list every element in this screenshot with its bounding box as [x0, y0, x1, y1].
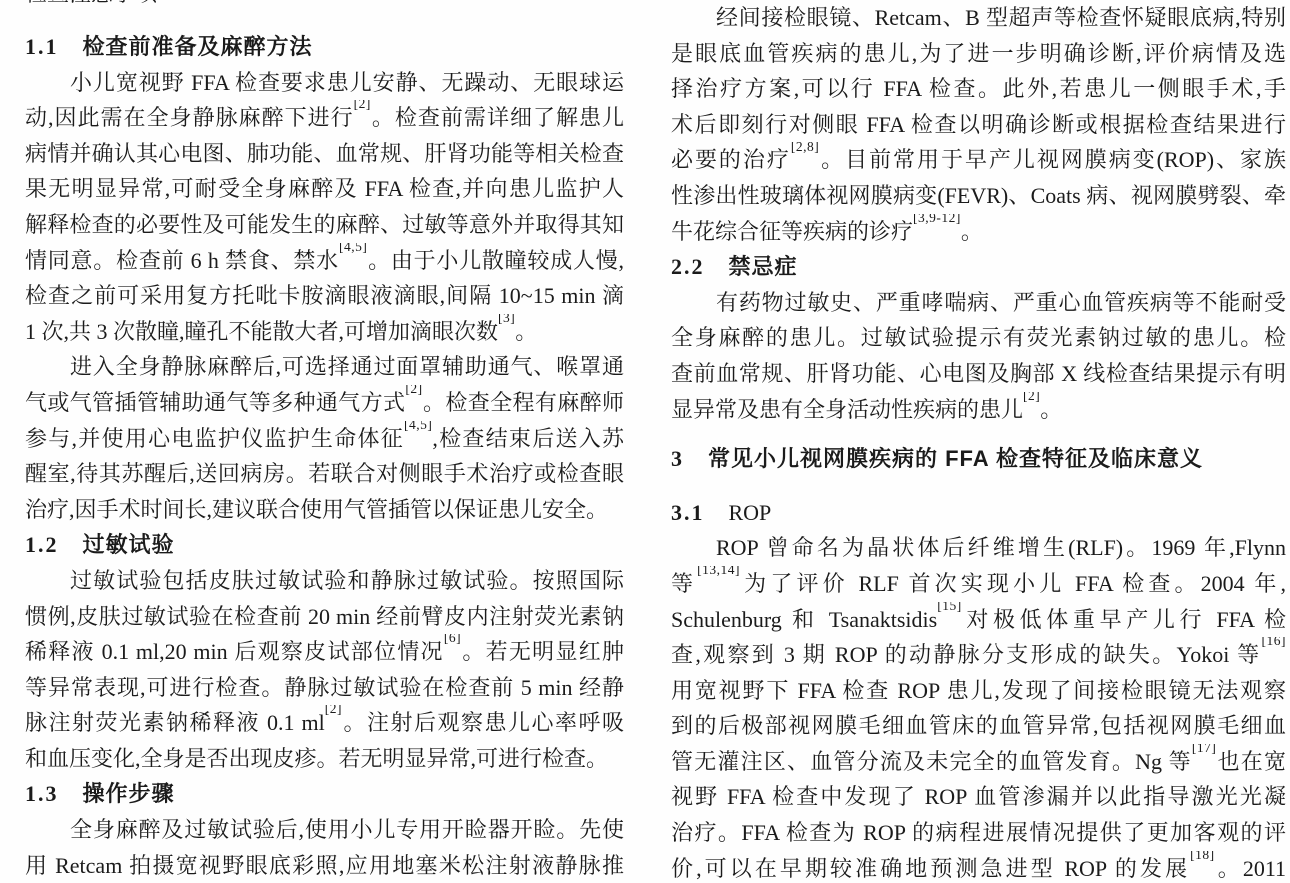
- subsection-heading: 3.1ROP: [671, 495, 1286, 531]
- text-line: 惯例,皮肤过敏试验在检查前 20 min 经前臂皮内注射荧光素钠: [25, 599, 624, 635]
- text-line: 脉注射荧光素钠稀释液 0.1 ml[2]。注射后观察患儿心率呼吸: [25, 705, 624, 741]
- citation-superscript: [18]: [1190, 851, 1215, 862]
- citation-superscript: [3,9-12]: [913, 214, 961, 225]
- text-line: 过敏试验包括皮肤过敏试验和静脉过敏试验。按照国际: [25, 563, 624, 599]
- text-line: 检查之前可采用复方托吡卡胺滴眼液滴眼,间隔 10~15 min 滴: [25, 278, 624, 314]
- text-line: 情同意。检查前 6 h 禁食、禁水[4,5]。由于小儿散瞳较成人慢,: [25, 243, 624, 279]
- paragraph: 过敏试验包括皮肤过敏试验和静脉过敏试验。按照国际惯例,皮肤过敏试验在检查前 20…: [25, 563, 624, 777]
- paragraph: 有药物过敏史、严重哮喘病、严重心血管疾病等不能耐受全身麻醉的患儿。过敏试验提示有…: [671, 285, 1286, 427]
- text-line: 醒室,待其苏醒后,送回病房。若联合对侧眼手术治疗或检查眼: [25, 456, 624, 492]
- text-line: 小儿宽视野 FFA 检查要求患儿安静、无躁动、无眼球运: [25, 65, 624, 101]
- subsection-heading: 1.1检查前准备及麻醉方法: [25, 29, 624, 65]
- text-line: 稀释液 0.1 ml,20 min 后观察皮试部位情况[6]。若无明显红肿: [25, 634, 624, 670]
- text-line: 全身麻醉及过敏试验后,使用小儿专用开睑器开睑。先使: [25, 812, 624, 848]
- text-line: 显异常及患有全身活动性疾病的患儿[2]。: [671, 392, 1286, 428]
- text-line: 查前血常规、肝肾功能、心电图及胸部 X 线检查结果提示有明: [671, 356, 1286, 392]
- citation-superscript: [2]: [325, 705, 342, 716]
- text-line: 果无明显异常,可耐受全身麻醉及 FFA 检查,并向患儿监护人: [25, 171, 624, 207]
- heading-number: 3: [671, 446, 684, 471]
- clipped-text: 检查注意事项: [25, 0, 624, 7]
- citation-superscript: [6]: [444, 634, 461, 645]
- text-line: 必要的治疗[2,8]。目前常用于早产儿视网膜病变(ROP)、家族: [671, 142, 1286, 178]
- section-heading: 3常见小儿视网膜疾病的 FFA 检查特征及临床意义: [671, 441, 1286, 477]
- text-line: 是眼底血管疾病的患儿,为了进一步明确诊断,评价病情及选: [671, 36, 1286, 72]
- citation-superscript: [3]: [498, 314, 515, 325]
- citation-superscript: [2]: [405, 385, 422, 396]
- left-column: 检查注意事项1.1检查前准备及麻醉方法小儿宽视野 FFA 检查要求患儿安静、无躁…: [25, 0, 624, 883]
- text-line: 到的后极部视网膜毛细血管床的血管异常,包括视网膜毛细血: [671, 708, 1286, 744]
- text-line: 用 Retcam 拍摄宽视野眼底彩照,应用地塞米松注射液静脉推: [25, 848, 624, 883]
- paragraph: ROP 曾命名为晶状体后纤维增生(RLF)。1969 年,Flynn等[13,1…: [671, 530, 1286, 883]
- heading-title: ROP: [729, 500, 772, 525]
- text-line: 术后即刻行对侧眼 FFA 检查以明确诊断或根据检查结果进行: [671, 107, 1286, 143]
- text-line: 性渗出性玻璃体视网膜病变(FEVR)、Coats 病、视网膜劈裂、牵: [671, 178, 1286, 214]
- text-line: 气或气管插管辅助通气等多种通气方式[2]。检查全程有麻醉师: [25, 385, 624, 421]
- text-line: 解释检查的必要性及可能发生的麻醉、过敏等意外并取得其知: [25, 207, 624, 243]
- heading-title: 禁忌症: [729, 254, 798, 279]
- text-line: ROP 曾命名为晶状体后纤维增生(RLF)。1969 年,Flynn: [671, 530, 1286, 566]
- text-line: 等[13,14]为了评价 RLF 首次实现小儿 FFA 检查。2004 年,: [671, 566, 1286, 602]
- text-line: 动,因此需在全身静脉麻醉下进行[2]。检查前需详细了解患儿: [25, 100, 624, 136]
- heading-number: 1.3: [25, 781, 59, 806]
- text-line: 和血压变化,全身是否出现皮疹。若无明显异常,可进行检查。: [25, 741, 624, 777]
- text-line: 管无灌注区、血管分流及未完全的血管发育。Ng 等[17]也在宽: [671, 744, 1286, 780]
- text-line: 有药物过敏史、严重哮喘病、严重心血管疾病等不能耐受: [671, 285, 1286, 321]
- text-line: 等异常表现,可进行检查。静脉过敏试验在检查前 5 min 经静: [25, 670, 624, 706]
- text-line: 牛花综合征等疾病的诊疗[3,9-12]。: [671, 214, 1286, 250]
- citation-superscript: [16]: [1262, 637, 1287, 648]
- heading-number: 2.2: [671, 254, 705, 279]
- citation-superscript: [17]: [1192, 744, 1217, 755]
- text-line: 查,观察到 3 期 ROP 的动静脉分支形成的缺失。Yokoi 等[16]: [671, 637, 1286, 673]
- text-line: 治疗。FFA 检查为 ROP 的病程进展情况提供了更加客观的评: [671, 815, 1286, 851]
- citation-superscript: [2]: [1023, 392, 1040, 403]
- text-line: 择治疗方案,可以行 FFA 检查。此外,若患儿一侧眼手术,手: [671, 71, 1286, 107]
- page: 检查注意事项1.1检查前准备及麻醉方法小儿宽视野 FFA 检查要求患儿安静、无躁…: [0, 0, 1290, 883]
- paragraph: 进入全身静脉麻醉后,可选择通过面罩辅助通气、喉罩通气或气管插管辅助通气等多种通气…: [25, 349, 624, 527]
- text-line: 进入全身静脉麻醉后,可选择通过面罩辅助通气、喉罩通: [25, 349, 624, 385]
- paragraph: 经间接检眼镜、Retcam、B 型超声等检查怀疑眼底病,特别是眼底血管疾病的患儿…: [671, 0, 1286, 249]
- heading-title: 常见小儿视网膜疾病的 FFA 检查特征及临床意义: [708, 446, 1203, 471]
- paragraph: 全身麻醉及过敏试验后,使用小儿专用开睑器开睑。先使用 Retcam 拍摄宽视野眼…: [25, 812, 624, 883]
- text-line: 参与,并使用心电监护仪监护生命体征[4,5],检查结束后送入苏: [25, 421, 624, 457]
- subsection-heading: 1.3操作步骤: [25, 776, 624, 812]
- text-line: 1 次,共 3 次散瞳,瞳孔不能散大者,可增加滴眼次数[3]。: [25, 314, 624, 350]
- right-column: 经间接检眼镜、Retcam、B 型超声等检查怀疑眼底病,特别是眼底血管疾病的患儿…: [671, 0, 1286, 883]
- text-line: 视野 FFA 检查中发现了 ROP 血管渗漏并以此指导激光光凝: [671, 779, 1286, 815]
- citation-superscript: [2]: [354, 100, 371, 111]
- subsection-heading: 2.2禁忌症: [671, 249, 1286, 285]
- citation-superscript: [13,14]: [697, 566, 740, 577]
- subsection-heading: 1.2过敏试验: [25, 527, 624, 563]
- text-line: 全身麻醉的患儿。过敏试验提示有荧光素钠过敏的患儿。检: [671, 320, 1286, 356]
- clipped-line-fragment: 检查注意事项: [25, 0, 624, 7]
- citation-superscript: [4,5]: [404, 421, 432, 432]
- citation-superscript: [2,8]: [791, 142, 819, 153]
- heading-title: 过敏试验: [83, 532, 175, 557]
- text-line: 经间接检眼镜、Retcam、B 型超声等检查怀疑眼底病,特别: [671, 0, 1286, 36]
- heading-number: 1.1: [25, 34, 59, 59]
- heading-title: 操作步骤: [83, 781, 175, 806]
- citation-superscript: [4,5]: [339, 243, 367, 254]
- text-line: Schulenburg 和 Tsanaktsidis[15]对极低体重早产儿行 …: [671, 602, 1286, 638]
- text-line: 价,可以在早期较准确地预测急进型 ROP 的发展[18]。2011: [671, 851, 1286, 883]
- heading-number: 1.2: [25, 532, 59, 557]
- text-line: 病情并确认其心电图、肺功能、血常规、肝肾功能等相关检查结: [25, 136, 624, 172]
- text-line: 治疗,因手术时间长,建议联合使用气管插管以保证患儿安全。: [25, 492, 624, 528]
- text-line: 用宽视野下 FFA 检查 ROP 患儿,发现了间接检眼镜无法观察: [671, 673, 1286, 709]
- heading-title: 检查前准备及麻醉方法: [83, 34, 313, 59]
- heading-number: 3.1: [671, 500, 705, 525]
- citation-superscript: [15]: [937, 602, 962, 613]
- paragraph: 小儿宽视野 FFA 检查要求患儿安静、无躁动、无眼球运动,因此需在全身静脉麻醉下…: [25, 65, 624, 350]
